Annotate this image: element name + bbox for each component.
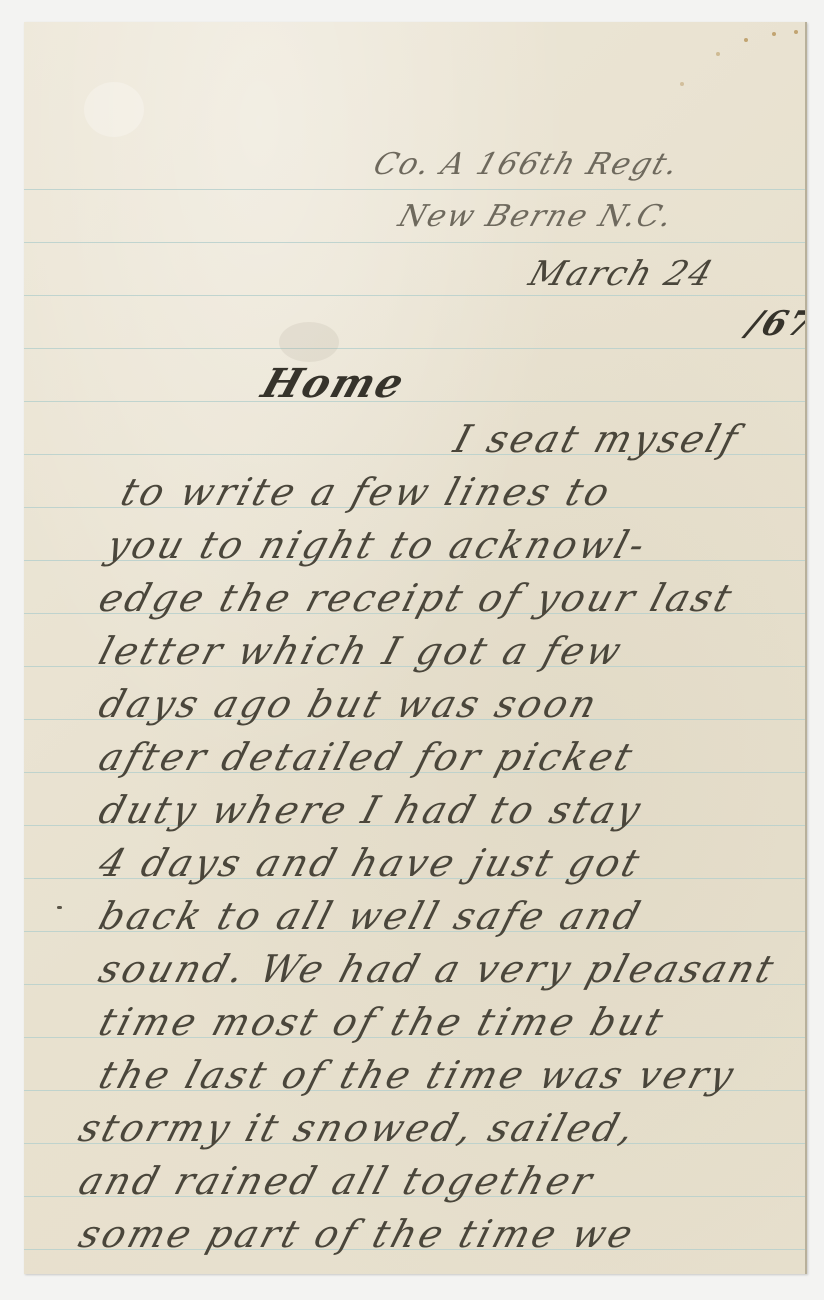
header-year: /67 (742, 304, 807, 344)
header-location: New Berne N.C. (394, 199, 679, 234)
body-line: after detailed for picket (94, 735, 640, 779)
ruled-line (24, 189, 807, 190)
body-line: 4 days and have just got (94, 841, 647, 885)
ruled-line (24, 242, 807, 243)
ruled-line (24, 401, 807, 402)
foxing-spot (744, 38, 748, 42)
body-line: you to night to acknowl- (102, 523, 653, 567)
body-line: the last of the time was very (94, 1053, 741, 1097)
ruled-line (24, 295, 807, 296)
body-line: to write a few lines to (116, 470, 617, 514)
foxing-spot (794, 30, 798, 34)
body-line: days ago but was soon (94, 682, 604, 726)
header-date: March 24 (524, 254, 719, 294)
paper-stain (84, 82, 144, 137)
letter-page: Co. A 166th Regt. New Berne N.C. March 2… (24, 22, 807, 1274)
margin-mark (57, 906, 62, 909)
body-line: sound. We had a very pleasant (94, 947, 781, 991)
body-line: time most of the time but (94, 1000, 671, 1044)
body-line: duty where I had to stay (94, 788, 648, 832)
header-company: Co. A 166th Regt. (369, 147, 684, 182)
foxing-spot (772, 32, 776, 36)
body-line: back to all well safe and (94, 894, 648, 938)
body-line: and rained all together (74, 1159, 600, 1203)
body-line: edge the receipt of your last (94, 576, 740, 620)
scanned-letter: Co. A 166th Regt. New Berne N.C. March 2… (0, 0, 824, 1300)
salutation: Home (256, 360, 412, 407)
paper-stain (279, 322, 339, 362)
foxing-spot (716, 52, 720, 56)
foxing-spot (680, 82, 684, 86)
paper-edge (805, 22, 807, 1274)
ruled-line (24, 348, 807, 349)
body-line: I seat myself (449, 417, 745, 461)
body-line: letter which I got a few (94, 629, 629, 673)
body-line: stormy it snowed, sailed, (74, 1106, 642, 1150)
body-line: some part of the time we (74, 1212, 640, 1256)
